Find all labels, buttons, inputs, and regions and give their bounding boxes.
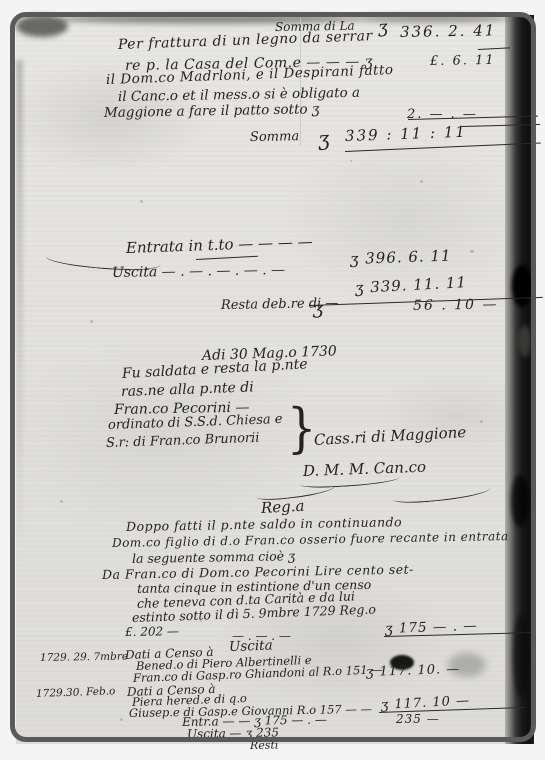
scanned-manuscript-view: Somma di La ʒ 336. 2. 41 Per frattura di… [0, 0, 545, 760]
scan-frame [10, 12, 536, 742]
